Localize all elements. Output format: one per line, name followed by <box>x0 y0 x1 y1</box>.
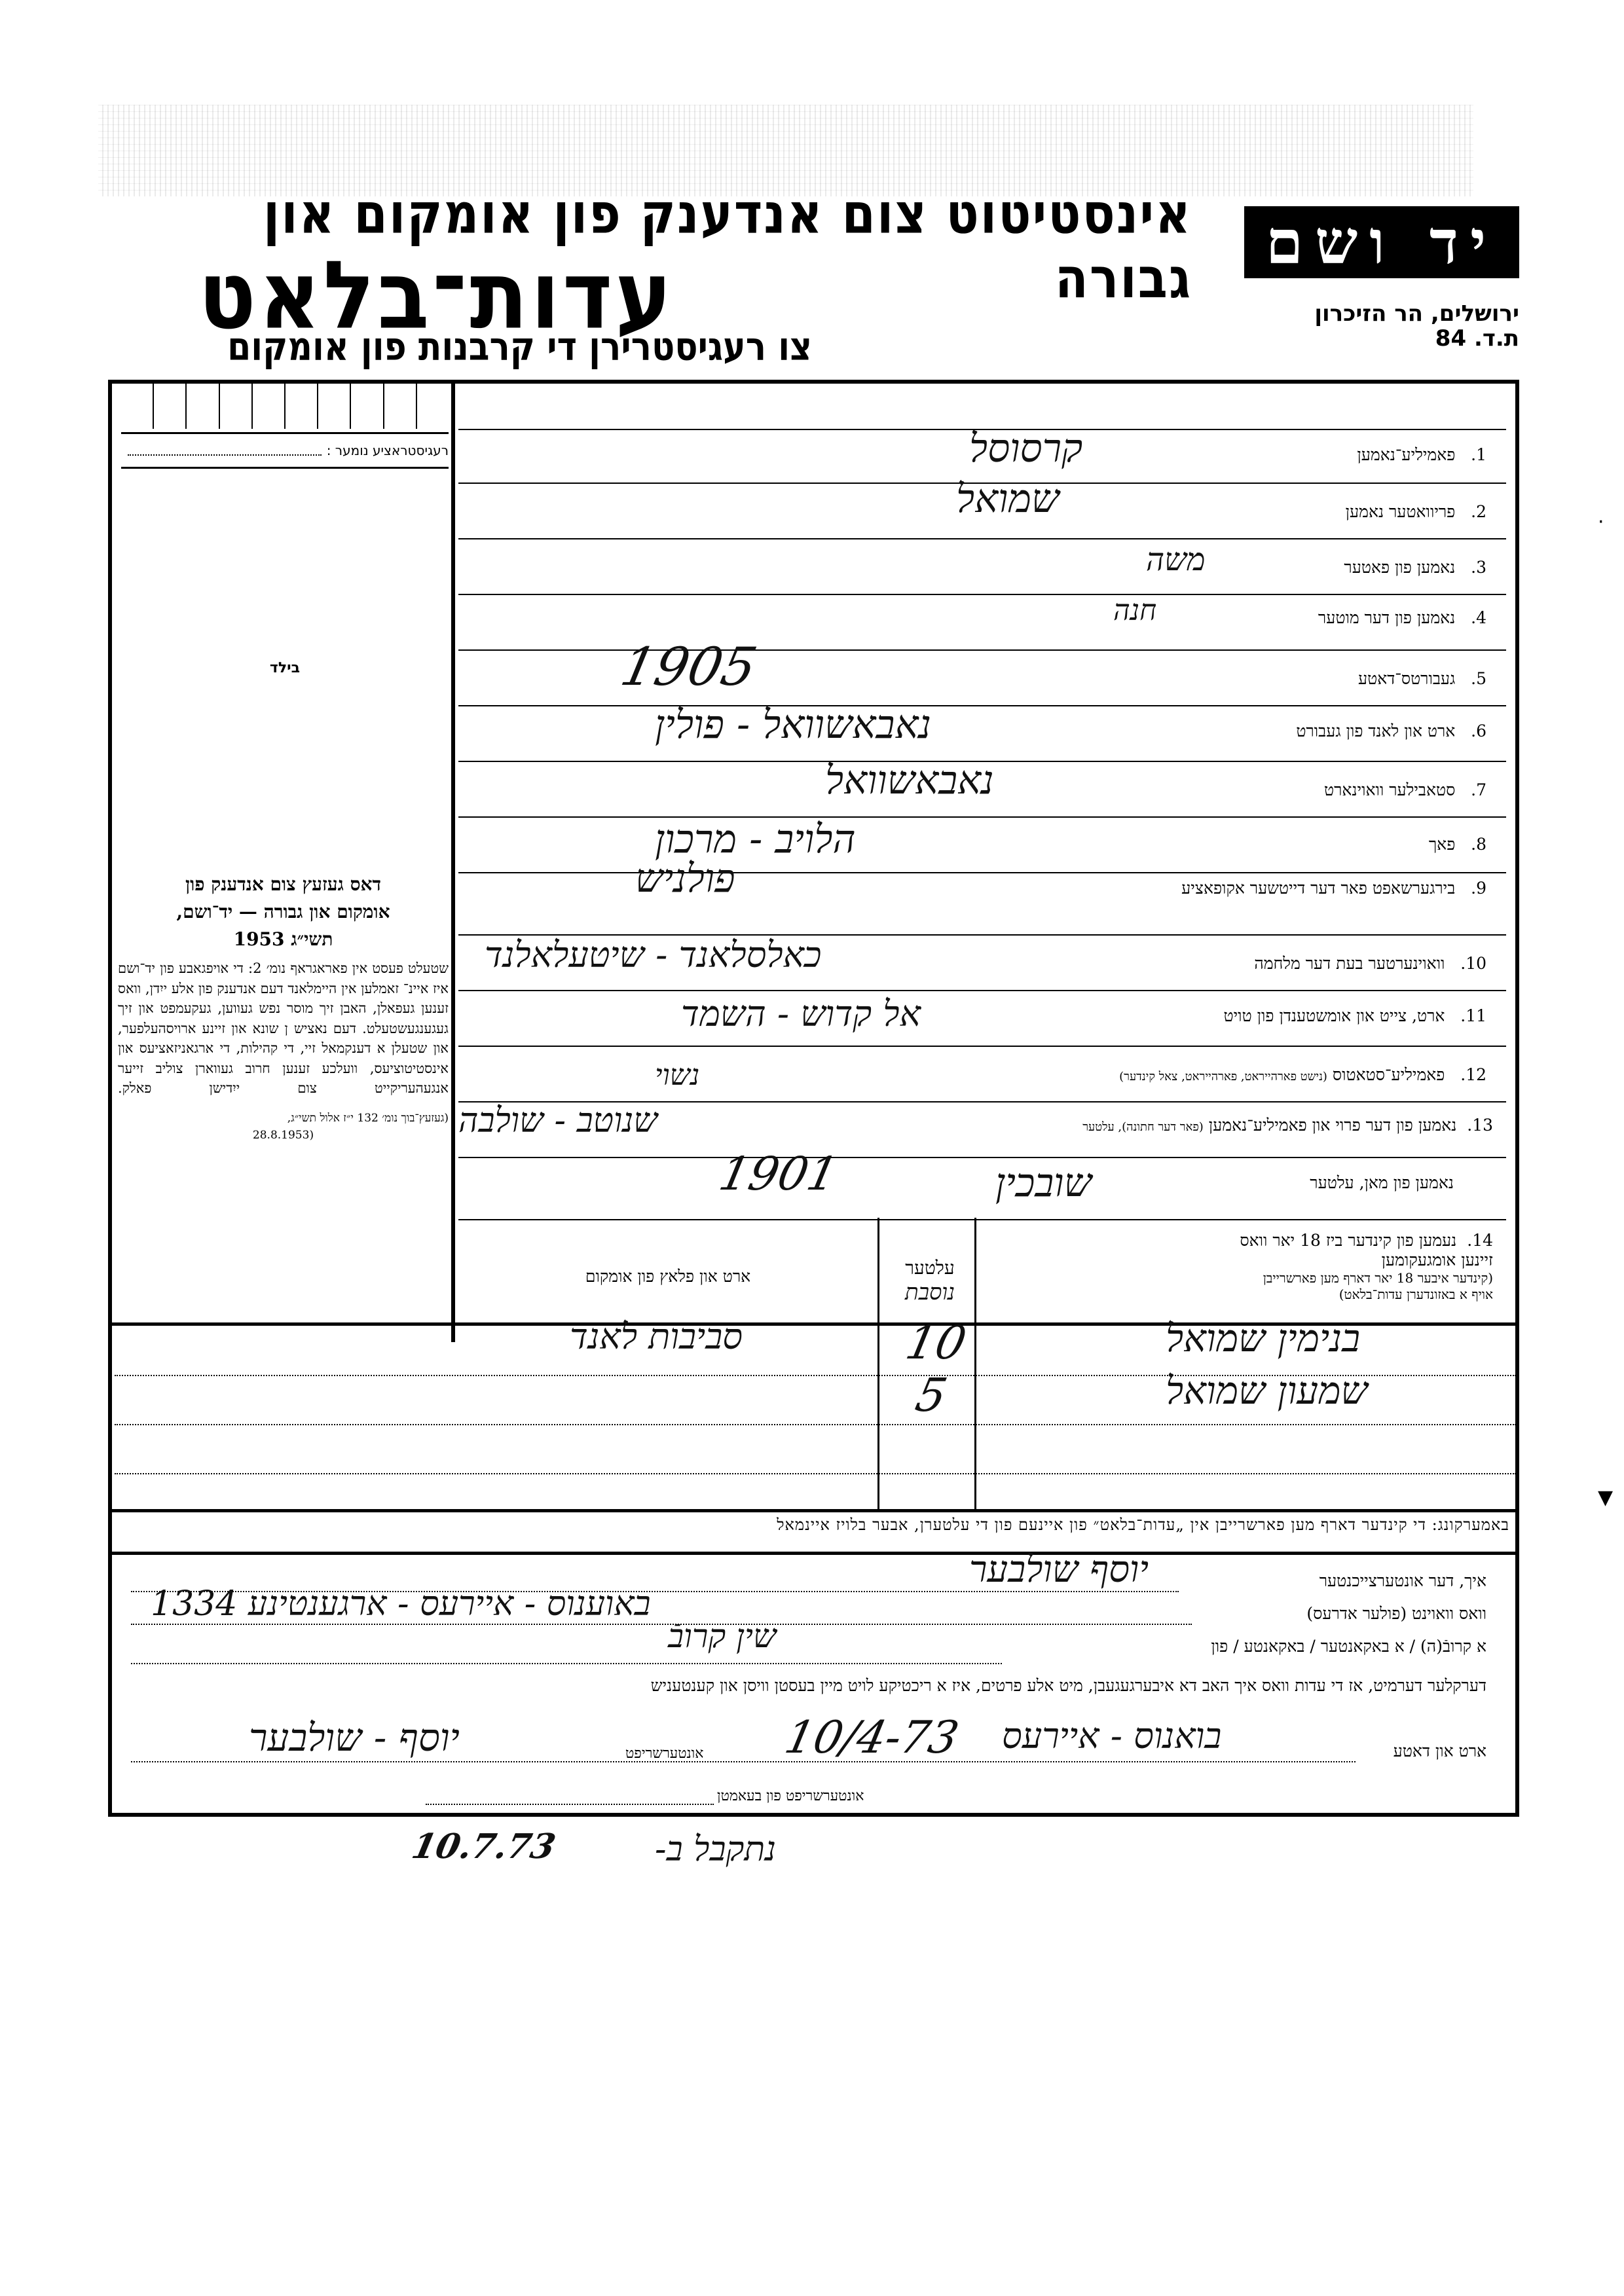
field-number: 3. <box>1471 558 1486 577</box>
registration-number-field[interactable]: רעגיסטראציע נומער : <box>121 432 449 469</box>
field-value-handwritten-year[interactable]: 1901 <box>714 1147 843 1201</box>
field-value-handwritten[interactable]: כאלסלאנד - שיטעלאלנד <box>485 934 821 975</box>
field-citizenship[interactable]: 9. בירגערשאפט פאר דער דייטשער אקופאציע פ… <box>458 872 1506 936</box>
declaration-statement: דערקלער דערמיט, אז די עדות וואס איך האב … <box>124 1671 1486 1700</box>
field-number: 11. <box>1460 1006 1486 1025</box>
notice-title-3: תשי״ג 1953 <box>118 926 449 953</box>
remark-top-divider <box>111 1509 1516 1512</box>
field-husband-name[interactable]: נאמען פון מאן, עלטער שובכין 1901 <box>458 1157 1506 1220</box>
address-line1: ירושלים, הר הזיכרון <box>1218 301 1519 326</box>
signature-label: אונטערשריפט <box>625 1745 704 1762</box>
declarant-label: איך, דער אונטערצייכנטער <box>1319 1571 1486 1591</box>
notice-body: שטעלט פעסט אין פאראגראף נומ׳ 2: די אויפג… <box>118 958 449 1099</box>
signature-value[interactable]: יוסף - שולבער <box>249 1715 460 1760</box>
field-number: 8. <box>1471 835 1486 854</box>
field-number: 14. <box>1467 1231 1493 1250</box>
notice-law-ref: (געזעץ־בוך נומ׳ 132 י״ז אלול תשי״ג, <box>118 1112 449 1125</box>
field-residence[interactable]: 7. סטאבילער וואוינארט נאבאשוואל <box>458 761 1506 818</box>
children-label: 14. נעמען פון קינדער ביז 18 יאר וואס זיי… <box>1008 1231 1493 1303</box>
registration-number-input[interactable] <box>128 445 322 456</box>
yad-vashem-logo: יד ושם <box>1244 206 1519 278</box>
field-label: פאמיליע־סטאטוס <box>1333 1065 1445 1084</box>
age-header-handwritten: נוסבת <box>887 1279 972 1305</box>
age-column-divider <box>877 1218 879 1512</box>
place-column-header: ארט און פלאץ פון אומקום <box>458 1267 877 1286</box>
field-value-handwritten[interactable]: שנוטב - שולבה <box>458 1101 657 1140</box>
notice-title-2: אומקום און גבורה — יד־ושם, <box>118 898 449 926</box>
field-father-name[interactable]: 3. נאמען פון פאטער משה <box>458 538 1506 595</box>
field-number: 1. <box>1471 445 1486 464</box>
field-label: בירגערשאפט פאר דער דייטשער אקופאציע <box>1181 879 1455 898</box>
field-number: 2. <box>1471 502 1486 521</box>
notice-law-date: (28.8.1953 <box>118 1129 449 1142</box>
field-label-note: (פאר דער חתונה), עלטער <box>1082 1120 1204 1134</box>
field-label: ארט און לאנד פון געבורט <box>1296 721 1455 740</box>
field-value-handwritten[interactable]: 1905 <box>616 636 762 697</box>
field-value-handwritten[interactable]: שמואל <box>956 476 1059 522</box>
child-name[interactable]: בנימין שמואל <box>1166 1316 1360 1360</box>
child-place[interactable]: סביבות לאנד <box>570 1316 743 1357</box>
field-label: פריוואטער נאמען <box>1346 502 1456 521</box>
children-label-line1: נעמען פון קינדער ביז 18 יאר וואס <box>1240 1231 1456 1250</box>
field-mother-name[interactable]: 4. נאמען פון דער מוטער חנה <box>458 594 1506 651</box>
field-value-handwritten[interactable]: נשוי <box>655 1059 699 1092</box>
field-value-handwritten[interactable]: נאבאשוואל - פולין <box>655 702 931 748</box>
field-value-handwritten[interactable]: חנה <box>1113 594 1156 627</box>
field-value-handwritten[interactable]: שובכין <box>995 1160 1092 1206</box>
age-column-header: עלטער נוסבת <box>887 1257 972 1305</box>
field-value-handwritten[interactable]: משה <box>1146 541 1206 578</box>
child-age[interactable]: 10 <box>901 1316 971 1370</box>
official-signature-label: אונטערשריפט פון בעאמטן <box>717 1787 864 1804</box>
field-number: 7. <box>1471 780 1486 799</box>
children-label-line2: זיינען אומגעקומען <box>1008 1250 1493 1270</box>
margin-arrow: ▼ <box>1598 1486 1613 1509</box>
field-value-handwritten[interactable]: קרסוסל <box>969 426 1082 471</box>
children-note-line2: אויף א באזונדערן עדות־בלאט) <box>1008 1286 1493 1303</box>
form-subtitle: צו רעגיסטרירן די קרבנות פון אומקום <box>111 325 812 370</box>
children-note-line1: (קינדער איבער 18 יאר דארף מען פארשרייבן <box>1008 1270 1493 1286</box>
field-number: 5. <box>1471 669 1486 688</box>
field-wife-name[interactable]: 13. נאמען פון דער פרוי און פאמיליע־נאמען… <box>458 1101 1506 1158</box>
declarant-address[interactable]: באוענוס - איירעס - ארגענטינע 1334 <box>151 1584 651 1624</box>
address-label: וואס וואוינט (פולער אדרעס) <box>1306 1604 1486 1624</box>
place-date-label: ארט און דאטע <box>1393 1741 1486 1761</box>
field-birth-date[interactable]: 5. געבורטס־דאטע 1905 <box>458 649 1506 706</box>
field-profession[interactable]: 8. פאך הלויב - מרכון <box>458 816 1506 873</box>
relation-label: א קרובֿ(ה) / א באקאנטער / באקאנטע / פון <box>1211 1637 1486 1656</box>
margin-mark: · <box>1598 511 1604 534</box>
declarant-relation[interactable]: שין קרובֿ <box>668 1617 776 1655</box>
field-number: 13. <box>1467 1116 1493 1135</box>
field-label: סטאבילער וואוינארט <box>1324 780 1455 799</box>
field-label: ארט, צייט און אומשטענדן פון טויט <box>1224 1006 1445 1025</box>
field-label: נאמען פון דער פרוי און פאמיליע־נאמען <box>1209 1116 1457 1135</box>
field-label: נאמען פון פאטער <box>1344 558 1455 577</box>
address: ירושלים, הר הזיכרון ת.ד. 84 <box>1218 301 1519 351</box>
field-label-note: (נישט פארהייראט, פארהייראט, צאל קינדער) <box>1119 1070 1327 1084</box>
field-wartime-residence[interactable]: 10. וואוינערטער בעת דער מלחמה כאלסלאנד -… <box>458 934 1506 991</box>
field-family-status[interactable]: 12. פאמיליע־סטאטוס (נישט פארהייראט, פארה… <box>458 1046 1506 1102</box>
field-value-handwritten[interactable]: פולניש <box>635 856 735 902</box>
received-note: נתקבל ב- <box>655 1830 776 1869</box>
official-signature-input[interactable] <box>426 1804 714 1805</box>
remark-bottom-divider <box>111 1552 1516 1555</box>
notice-title-1: דאס געזעץ צום אנדענק פון <box>118 871 449 898</box>
field-number: 9. <box>1471 879 1486 898</box>
field-label: וואוינערטער בעת דער מלחמה <box>1254 954 1445 973</box>
field-label: נאמען פון מאן, עלטער <box>1310 1173 1454 1193</box>
place-value[interactable]: בואנוס - איירעס <box>1002 1715 1221 1757</box>
date-value[interactable]: 10/4-73 <box>781 1712 963 1764</box>
field-label: פאך <box>1429 835 1455 854</box>
photo-label: בילד <box>270 660 300 676</box>
field-number: 12. <box>1460 1065 1486 1084</box>
registration-number-label: רעגיסטראציע נומער : <box>327 443 449 458</box>
field-value-handwritten[interactable]: אל קדוש - השמד <box>681 993 921 1034</box>
declarant-name[interactable]: יוסף שולבער <box>969 1548 1149 1591</box>
photo-box: בילד <box>121 471 449 864</box>
field-number: 10. <box>1460 954 1486 973</box>
field-first-name[interactable]: 2. פריוואטער נאמען שמואל <box>458 483 1506 539</box>
field-birth-place[interactable]: 6. ארט און לאנד פון געבורט נאבאשוואל - פ… <box>458 705 1506 762</box>
received-date: 10.7.73 <box>409 1827 559 1867</box>
child-name[interactable]: שמעון שמואל <box>1166 1368 1368 1413</box>
registration-digit-boxes <box>121 383 449 429</box>
field-death-circumstances[interactable]: 11. ארט, צייט און אומשטענדן פון טויט אל … <box>458 990 1506 1047</box>
field-label: נאמען פון דער מוטער <box>1318 608 1455 627</box>
field-number: 6. <box>1471 721 1486 740</box>
address-line2: ת.ד. 84 <box>1218 326 1519 351</box>
field-label: געבורטס־דאטע <box>1358 669 1455 688</box>
field-value-handwritten[interactable]: נאבאשוואל <box>825 757 994 803</box>
field-row-top <box>458 380 1506 430</box>
field-number: 4. <box>1471 608 1486 627</box>
law-notice: דאס געזעץ צום אנדענק פון אומקום און גבור… <box>118 871 449 1142</box>
name-column-divider <box>974 1218 976 1512</box>
remark-note: באמערקונג: די קינדער דארף מען פארשרייבן … <box>115 1516 1509 1542</box>
field-label: פאמיליע־נאמען <box>1357 445 1455 464</box>
